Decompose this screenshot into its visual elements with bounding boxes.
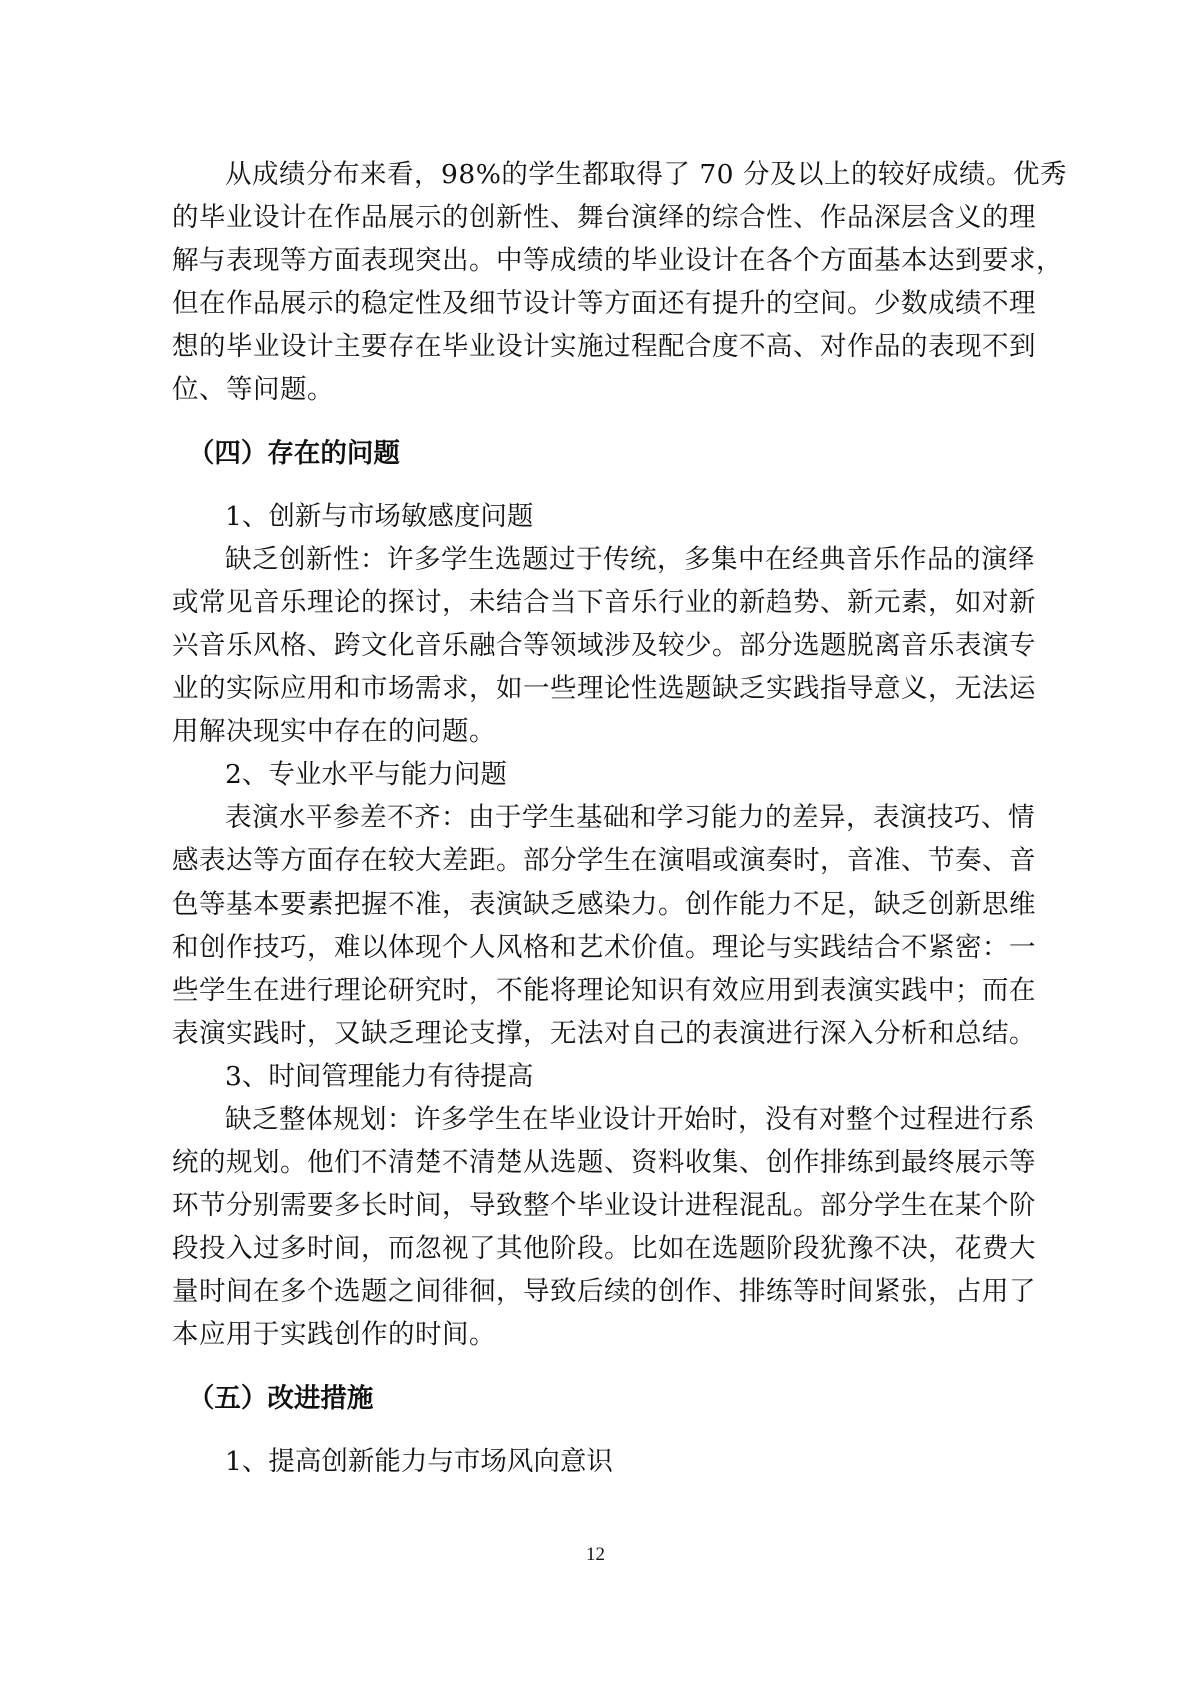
text-line: 解与表现等方面表现突出。中等成绩的毕业设计在各个方面基本达到要求， (172, 239, 1050, 282)
text-line: 色等基本要素把握不准，表演缺乏感染力。创作能力不足，缺乏创新思维 (172, 883, 1050, 926)
text-line: 缺乏整体规划：许多学生在毕业设计开始时，没有对整个过程进行系 (172, 1098, 1050, 1141)
text-line: 从成绩分布来看，98%的学生都取得了 70 分及以上的较好成绩。优秀 (172, 153, 1050, 196)
subheading-time-management: 3、时间管理能力有待提高 (172, 1055, 1050, 1098)
text-line: 本应用于实践创作的时间。 (172, 1313, 1050, 1356)
text-line: 但在作品展示的稳定性及细节设计等方面还有提升的空间。少数成绩不理 (172, 282, 1050, 325)
page-number: 12 (0, 1544, 1191, 1566)
text-line: 表演水平参差不齐：由于学生基础和学习能力的差异，表演技巧、情 (172, 796, 1050, 839)
text-line: 表演实践时，又缺乏理论支撑，无法对自己的表演进行深入分析和总结。 (172, 1012, 1050, 1055)
section-heading-existing-problems: （四）存在的问题 (172, 432, 1050, 475)
text-line: 量时间在多个选题之间徘徊，导致后续的创作、排练等时间紧张，占用了 (172, 1270, 1050, 1313)
text-line: 环节分别需要多长时间，导致整个毕业设计进程混乱。部分学生在某个阶 (172, 1184, 1050, 1227)
subheading-professional-level: 2、专业水平与能力问题 (172, 753, 1050, 796)
paragraph-grade-distribution: 从成绩分布来看，98%的学生都取得了 70 分及以上的较好成绩。优秀 的毕业设计… (172, 153, 1050, 412)
section-heading-improvement-measures: （五）改进措施 (172, 1377, 1050, 1420)
page-body: 从成绩分布来看，98%的学生都取得了 70 分及以上的较好成绩。优秀 的毕业设计… (172, 153, 1050, 1483)
text-line: 感表达等方面存在较大差距。部分学生在演唱或演奏时，音准、节奏、音 (172, 839, 1050, 882)
paragraph-lack-planning: 缺乏整体规划：许多学生在毕业设计开始时，没有对整个过程进行系 统的规划。他们不清… (172, 1098, 1050, 1357)
text-line: 缺乏创新性：许多学生选题过于传统，多集中在经典音乐作品的演绎 (172, 538, 1050, 581)
subheading-improve-innovation: 1、提高创新能力与市场风向意识 (172, 1440, 1050, 1483)
text-line: 段投入过多时间，而忽视了其他阶段。比如在选题阶段犹豫不决，花费大 (172, 1227, 1050, 1270)
text-line: 和创作技巧，难以体现个人风格和艺术价值。理论与实践结合不紧密：一 (172, 926, 1050, 969)
paragraph-performance-level: 表演水平参差不齐：由于学生基础和学习能力的差异，表演技巧、情 感表达等方面存在较… (172, 796, 1050, 1055)
text-line: 些学生在进行理论研究时，不能将理论知识有效应用到表演实践中；而在 (172, 969, 1050, 1012)
text-line: 兴音乐风格、跨文化音乐融合等领域涉及较少。部分选题脱离音乐表演专 (172, 624, 1050, 667)
text-line: 想的毕业设计主要存在毕业设计实施过程配合度不高、对作品的表现不到 (172, 325, 1050, 368)
text-line: 或常见音乐理论的探讨，未结合当下音乐行业的新趋势、新元素，如对新 (172, 581, 1050, 624)
subheading-innovation-market: 1、创新与市场敏感度问题 (172, 495, 1050, 538)
document-page: 从成绩分布来看，98%的学生都取得了 70 分及以上的较好成绩。优秀 的毕业设计… (0, 0, 1191, 1684)
text-line: 业的实际应用和市场需求，如一些理论性选题缺乏实践指导意义，无法运 (172, 667, 1050, 710)
text-line: 的毕业设计在作品展示的创新性、舞台演绎的综合性、作品深层含义的理 (172, 196, 1050, 239)
text-line: 位、等问题。 (172, 368, 1050, 411)
text-line: 用解决现实中存在的问题。 (172, 710, 1050, 753)
paragraph-lack-innovation: 缺乏创新性：许多学生选题过于传统，多集中在经典音乐作品的演绎 或常见音乐理论的探… (172, 538, 1050, 753)
text-line: 统的规划。他们不清楚不清楚从选题、资料收集、创作排练到最终展示等 (172, 1141, 1050, 1184)
